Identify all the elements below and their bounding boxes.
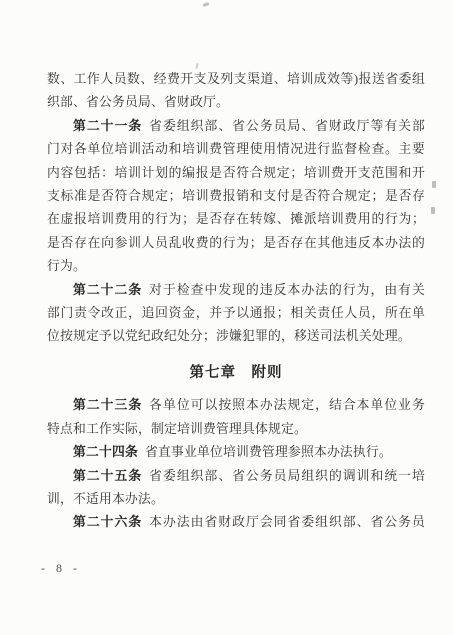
text-line: 第二十五条省委组织部、省公务员局组织的调训和统一培: [47, 465, 425, 488]
page-number: - 8 -: [41, 561, 81, 576]
article-number: 第二十五条: [73, 469, 142, 483]
article-number: 第二十一条: [73, 119, 142, 133]
document-body: 数、工作人员数、经费开支及列支渠道、培训成效等)报送省委组织部、省公务员局、省财…: [47, 68, 425, 535]
text-line: 数、工作人员数、经费开支及列支渠道、培训成效等)报送省委组: [47, 68, 425, 91]
scan-artifact: [432, 181, 436, 188]
text-line: 特点和工作实际，制定培训费管理具体规定。: [47, 418, 425, 441]
text-line: 门对各单位培训活动和培训费管理使用情况进行监督检查。主要: [47, 138, 425, 161]
text-line: 位按规定予以党纪政纪处分；涉嫌犯罪的，移送司法机关处理。: [47, 325, 425, 348]
text-line: 支标准是否符合规定；培训费报销和支付是否符合规定；是否存: [47, 185, 425, 208]
text-line: 第二十一条省委组织部、省公务员局、省财政厅等有关部: [47, 115, 425, 138]
text-line: 第二十四条省直事业单位培训费管理参照本办法执行。: [47, 441, 425, 464]
article-number: 第二十四条: [73, 445, 138, 459]
text-line: 第二十三条各单位可以按照本办法规定，结合本单位业务: [47, 394, 425, 417]
scan-artifact: [431, 207, 435, 214]
document-page: 数、工作人员数、经费开支及列支渠道、培训成效等)报送省委组织部、省公务员局、省财…: [0, 0, 453, 635]
text-line: 行为。: [47, 255, 425, 278]
text-line: 内容包括：培训计划的编报是否符合规定；培训费开支范围和开: [47, 162, 425, 185]
text-line: 第二十二条对于检查中发现的违反本办法的行为，由有关: [47, 279, 425, 302]
article-number: 第二十二条: [73, 283, 142, 297]
chapter-heading: 第七章 附则: [47, 362, 425, 385]
text-line: 第二十六条本办法由省财政厅会同省委组织部、省公务员: [47, 511, 425, 534]
text-line: 训，不适用本办法。: [47, 488, 425, 511]
article-number: 第二十六条: [73, 515, 142, 529]
text-line: 在虚报培训费用的行为；是否存在转嫁、摊派培训费用的行为；: [47, 208, 425, 231]
text-line: 织部、省公务员局、省财政厅。: [47, 91, 425, 114]
article-number: 第二十三条: [73, 398, 142, 412]
text-line: 部门责令改正，追回资金，并予以通报；相关责任人员，所在单: [47, 302, 425, 325]
text-line: 是否存在向参训人员乱收费的行为；是否存在其他违反本办法的: [47, 232, 425, 255]
scan-artifact: [203, 2, 210, 7]
